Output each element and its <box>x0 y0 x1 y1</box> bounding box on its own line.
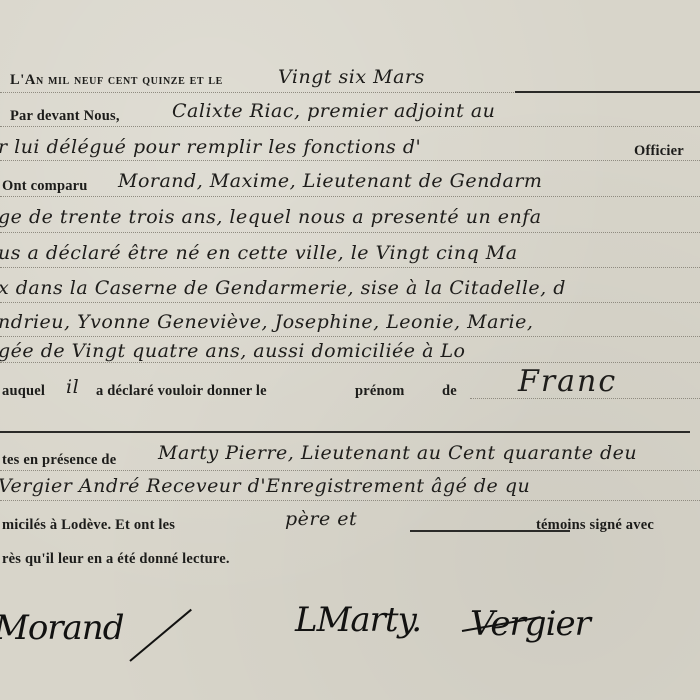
handwritten-il: il <box>66 376 79 398</box>
handwritten-pere-et: père et <box>285 508 357 530</box>
printed-date-label: L'An mil neuf cent quinze et le <box>10 72 223 89</box>
signature-morand: Morand <box>0 608 123 648</box>
dotted-rule <box>0 302 700 303</box>
handwritten-mother-age: gée de Vingt quatre ans, aussi domicilié… <box>0 340 466 362</box>
signature-vergier: Vergier <box>470 604 590 644</box>
printed-prenom: prénom <box>355 383 405 400</box>
handwritten-mother: ndrieu, Yvonne Geneviève, Josephine, Leo… <box>0 311 533 333</box>
handwritten-declarant: Morand, Maxime, Lieutenant de Gendarm <box>118 170 542 192</box>
dotted-rule <box>0 500 700 501</box>
printed-de: de <box>442 383 457 400</box>
printed-lecture: rès qu'il leur en a été donné lecture. <box>2 551 230 568</box>
dotted-rule <box>0 232 700 233</box>
handwritten-prenom: Franc <box>518 364 617 399</box>
handwritten-birth: us a déclaré être né en cette ville, le … <box>0 242 518 264</box>
dotted-rule <box>0 267 700 268</box>
signature-marty: LMarty. <box>295 600 421 640</box>
dotted-rule <box>0 362 700 363</box>
document-page: L'An mil neuf cent quinze et le Vingt si… <box>0 0 700 700</box>
printed-declare-vouloir: a déclaré vouloir donner le <box>96 383 267 400</box>
handwritten-witness-1: Marty Pierre, Lieutenant au Cent quarant… <box>158 442 637 464</box>
printed-en-presence: tes en présence de <box>2 452 116 469</box>
handwritten-declarant-age: ge de trente trois ans, lequel nous a pr… <box>0 206 542 228</box>
fill-line <box>515 91 700 93</box>
printed-ont-comparu: Ont comparu <box>2 178 88 195</box>
handwritten-birthplace: x dans la Caserne de Gendarmerie, sise à… <box>0 277 566 299</box>
printed-domicilies: micilés à Lodève. Et ont les <box>2 517 175 534</box>
handwritten-witness-2: Vergier André Receveur d'Enregistrement … <box>0 475 530 497</box>
dotted-rule <box>0 126 700 127</box>
handwritten-officer: Calixte Riac, premier adjoint au <box>172 100 495 122</box>
dotted-rule <box>0 160 700 161</box>
handwritten-delegation: r lui délégué pour remplir les fonctions… <box>0 136 421 158</box>
printed-par-devant: Par devant Nous, <box>10 108 120 125</box>
dotted-rule <box>0 336 700 337</box>
printed-temoins-signe: témoins signé avec <box>536 517 654 534</box>
printed-auquel: auquel <box>2 383 45 400</box>
dotted-rule <box>0 196 700 197</box>
printed-officier: Officier <box>634 143 684 160</box>
handwritten-date: Vingt six Mars <box>278 66 425 88</box>
signature-flourish <box>129 609 192 662</box>
dotted-rule <box>0 470 700 471</box>
section-divider <box>0 431 690 433</box>
